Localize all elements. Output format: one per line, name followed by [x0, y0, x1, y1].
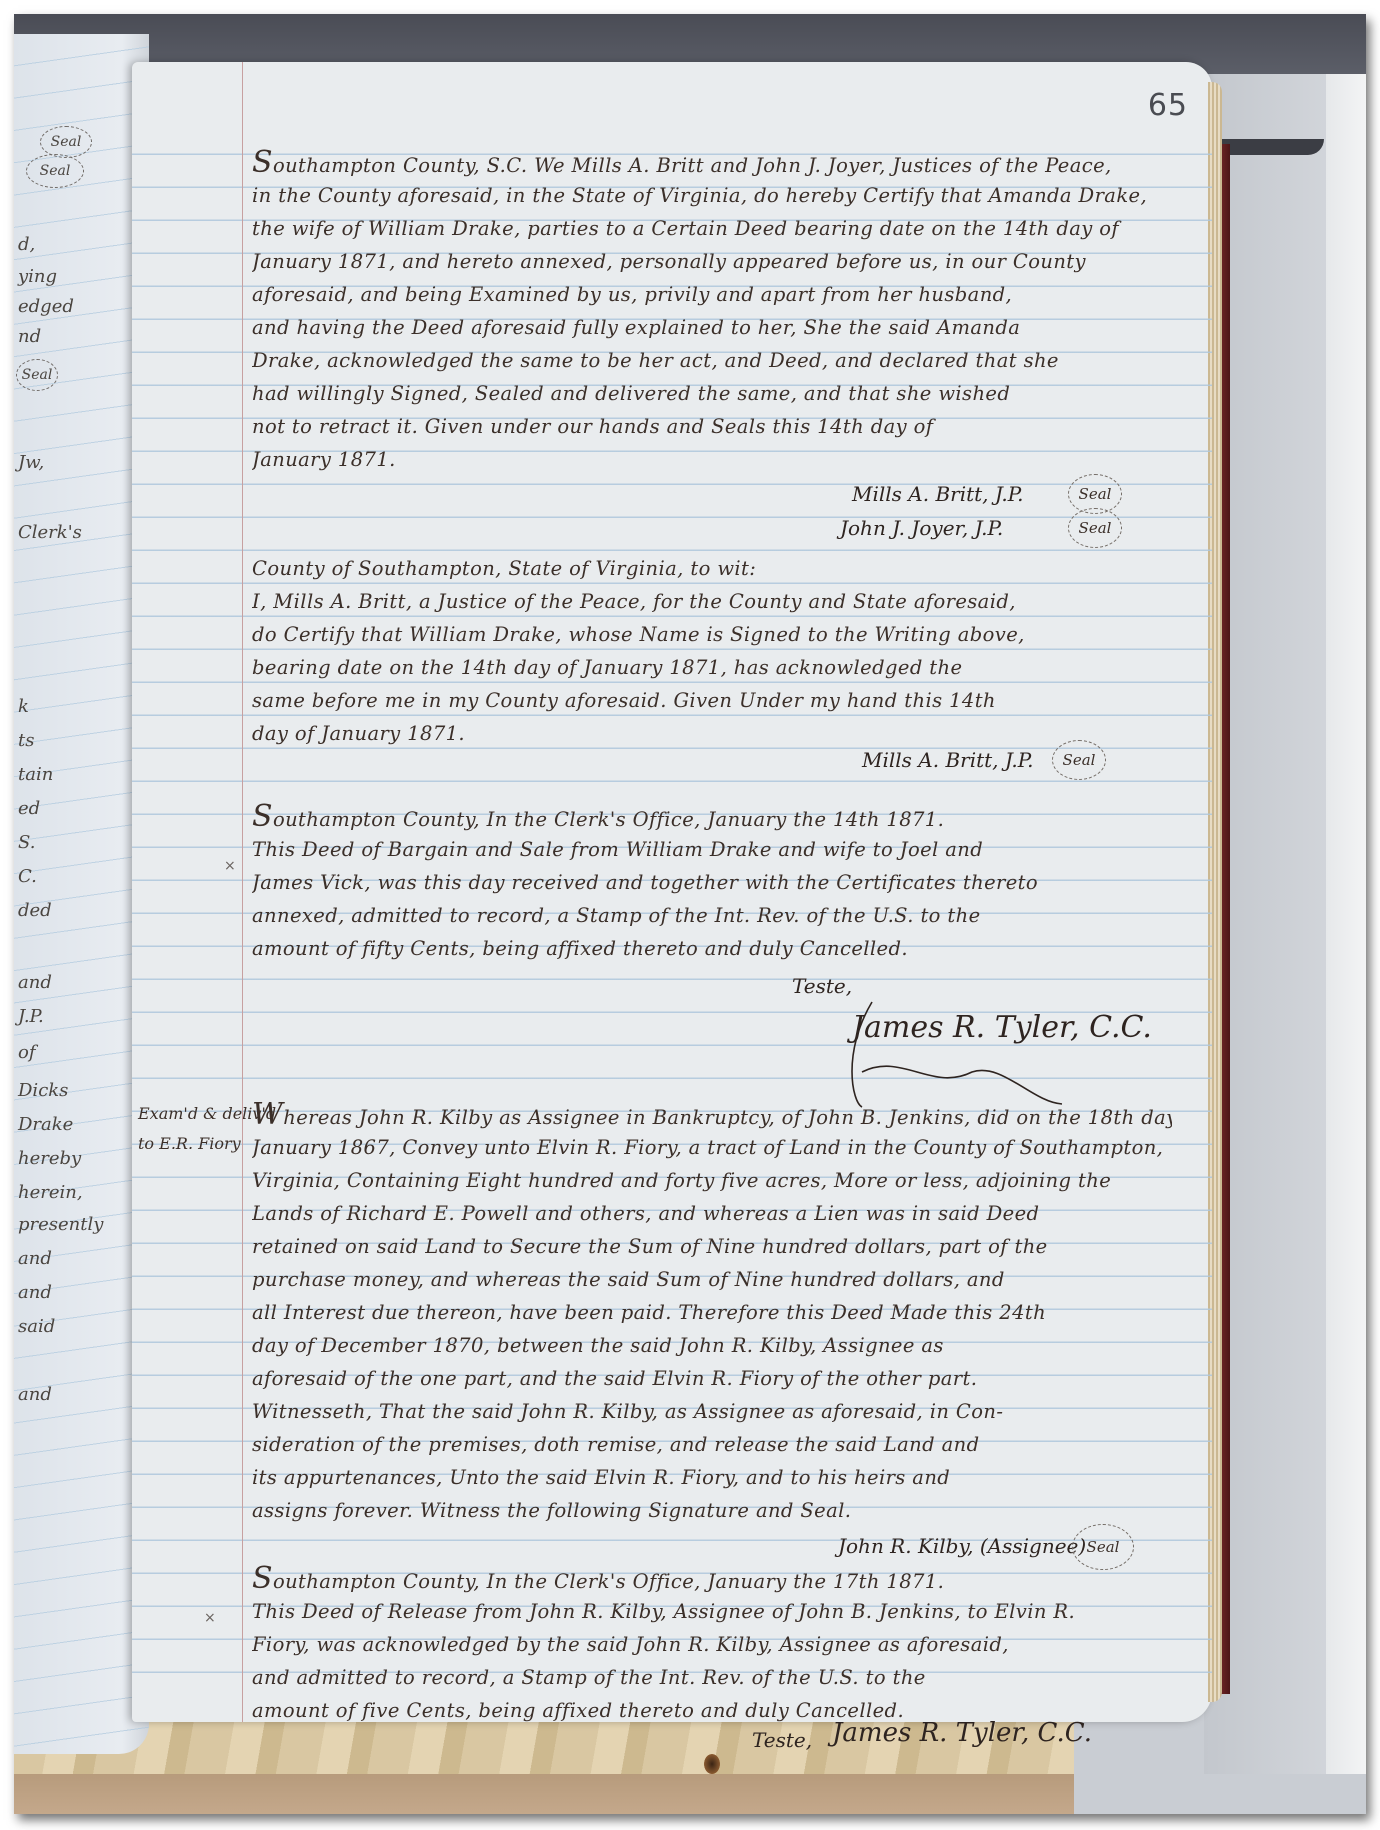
left-fragment: C.	[18, 866, 37, 887]
left-fragment: edged	[18, 296, 74, 317]
left-fragment: nd	[18, 326, 41, 347]
left-fragment: said	[18, 1316, 55, 1337]
entry-line: Southampton County, In the Clerk's Offic…	[252, 1562, 1172, 1595]
margin-note: to E.R. Fiory	[138, 1128, 241, 1160]
entry-line: January 1871.	[252, 443, 1172, 476]
left-fragment: Drake	[18, 1114, 73, 1135]
seal-mark: Seal	[16, 359, 58, 391]
left-fragment: ed	[18, 798, 40, 819]
entry-line: and admitted to record, a Stamp of the I…	[252, 1661, 1172, 1694]
entry-line: James Vick, was this day received and to…	[252, 866, 1172, 899]
rule-lines	[14, 34, 149, 1754]
entry-line: Witnesseth, That the said John R. Kilby,…	[252, 1395, 1172, 1428]
left-fragment: herein,	[18, 1182, 83, 1203]
cross-mark: ×	[224, 858, 236, 874]
left-fragment: Jw,	[18, 452, 44, 473]
entry-line: January 1871, and hereto annexed, person…	[252, 245, 1172, 278]
entry-line: all Interest due thereon, have been paid…	[252, 1296, 1172, 1329]
ledger-page: 65 Southampton County, S.C. We Mills A. …	[132, 62, 1212, 1722]
wood-board-lower	[14, 1774, 1074, 1814]
signature-james-tyler: James R. Tyler, C.C.	[852, 1010, 1152, 1045]
wood-knot	[704, 1754, 720, 1774]
entry-clerk-recording: Southampton County, In the Clerk's Offic…	[252, 800, 1172, 965]
entry-line: in the County aforesaid, in the State of…	[252, 179, 1172, 212]
entry-line: not to retract it. Given under our hands…	[252, 410, 1172, 443]
left-fragment: and	[18, 972, 52, 993]
entry-line: and having the Deed aforesaid fully expl…	[252, 311, 1172, 344]
entry-line: This Deed of Bargain and Sale from Willi…	[252, 833, 1172, 866]
entry-line: sideration of the premises, doth remise,…	[252, 1428, 1172, 1461]
left-fragment: and	[18, 1248, 52, 1269]
entry-line: its appurtenances, Unto the said Elvin R…	[252, 1461, 1172, 1494]
entry-line: annexed, admitted to record, a Stamp of …	[252, 899, 1172, 932]
entry-line: day of December 1870, between the said J…	[252, 1329, 1172, 1362]
entry-line: bearing date on the 14th day of January …	[252, 651, 1172, 684]
entry-line: Fiory, was acknowledged by the said John…	[252, 1628, 1172, 1661]
entry-husband-acknowledgment: County of Southampton, State of Virginia…	[252, 552, 1172, 750]
seal-mark: Seal	[1052, 740, 1106, 780]
entry-line: aforesaid of the one part, and the said …	[252, 1362, 1172, 1395]
entry-line: day of January 1871.	[252, 717, 1172, 750]
left-fragment: J.P.	[18, 1006, 44, 1027]
entry-line: purchase money, and whereas the said Sum…	[252, 1263, 1172, 1296]
left-fragment: tain	[18, 764, 53, 785]
left-fragment: d,	[18, 234, 35, 255]
cross-mark: ×	[204, 1610, 216, 1626]
white-edge	[1326, 74, 1366, 1774]
signature-john-kilby: John R. Kilby, (Assignee)	[838, 1534, 1086, 1558]
left-fragment: Clerk's	[18, 522, 82, 543]
entry-line: the wife of William Drake, parties to a …	[252, 212, 1172, 245]
left-fragment: and	[18, 1282, 52, 1303]
entry-line: Virginia, Containing Eight hundred and f…	[252, 1164, 1172, 1197]
entry-line: Lands of Richard E. Powell and others, a…	[252, 1197, 1172, 1230]
left-page: Seal Seal d, ying edged nd Seal Jw, Cler…	[14, 34, 149, 1754]
entry-line: same before me in my County aforesaid. G…	[252, 684, 1172, 717]
seal-mark: Seal	[26, 154, 84, 188]
entry-clerk-recording-release: Southampton County, In the Clerk's Offic…	[252, 1562, 1172, 1727]
teste-label: Teste,	[752, 1728, 812, 1752]
entry-line: Whereas John R. Kilby as Assignee in Ban…	[252, 1098, 1172, 1131]
left-fragment: hereby	[18, 1148, 81, 1169]
teste-label: Teste,	[792, 974, 852, 998]
entry-line: do Certify that William Drake, whose Nam…	[252, 618, 1172, 651]
entry-line: aforesaid, and being Examined by us, pri…	[252, 278, 1172, 311]
left-fragment: ying	[18, 266, 57, 287]
entry-line: Drake, acknowledged the same to be her a…	[252, 344, 1172, 377]
left-fragment: of	[18, 1042, 36, 1063]
photograph: Seal Seal d, ying edged nd Seal Jw, Cler…	[14, 14, 1366, 1814]
entry-line: Southampton County, S.C. We Mills A. Bri…	[252, 146, 1172, 179]
entry-line: retained on said Land to Secure the Sum …	[252, 1230, 1172, 1263]
entry-line: January 1867, Convey unto Elvin R. Fiory…	[252, 1131, 1172, 1164]
entry-wife-acknowledgment: Southampton County, S.C. We Mills A. Bri…	[252, 146, 1172, 476]
left-fragment: S.	[18, 832, 35, 853]
signature-mills-britt: Mills A. Britt, J.P.	[862, 748, 1033, 772]
left-fragment: presently	[18, 1214, 103, 1235]
signature-mills-britt: Mills A. Britt, J.P.	[852, 482, 1023, 506]
left-fragment: Dicks	[18, 1080, 68, 1101]
entry-deed-of-release: Whereas John R. Kilby as Assignee in Ban…	[252, 1098, 1172, 1527]
margin-rule	[242, 62, 243, 1722]
seal-mark: Seal	[1068, 508, 1122, 548]
left-fragment: and	[18, 1384, 52, 1405]
entry-line: had willingly Signed, Sealed and deliver…	[252, 377, 1172, 410]
entry-line: County of Southampton, State of Virginia…	[252, 552, 1172, 585]
left-fragment: ded	[18, 900, 52, 921]
entry-line: This Deed of Release from John R. Kilby,…	[252, 1595, 1172, 1628]
entry-line: amount of fifty Cents, being affixed the…	[252, 932, 1172, 965]
left-fragment: k	[18, 696, 29, 717]
signature-john-joyer: John J. Joyer, J.P.	[840, 516, 1003, 540]
page-number: 65	[1148, 88, 1188, 123]
signature-james-tyler: James R. Tyler, C.C.	[832, 1718, 1092, 1748]
left-fragment: ts	[18, 730, 34, 751]
entry-line: I, Mills A. Britt, a Justice of the Peac…	[252, 585, 1172, 618]
entry-line: Southampton County, In the Clerk's Offic…	[252, 800, 1172, 833]
entry-line: assigns forever. Witness the following S…	[252, 1494, 1172, 1527]
seal-mark: Seal	[40, 126, 92, 158]
